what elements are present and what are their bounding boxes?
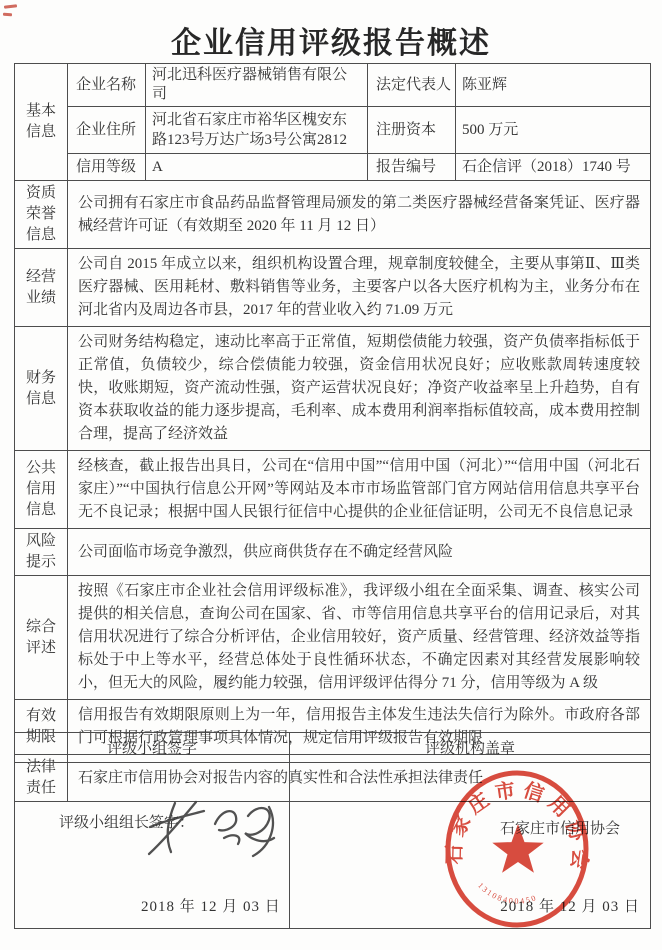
page-title: 企业信用评级报告概述 — [0, 18, 662, 62]
section-label-public-credit: 公共信用信息 — [15, 451, 68, 529]
field-value-company-address: 河北省石家庄市裕华区槐安东路123号万达广场3号公寓2812 — [146, 107, 368, 154]
rating-team-signature-cell: 评级小组组长签字： 2018 年 12 月 03 日 — [15, 763, 290, 929]
table-row: 公共信用信息 经核查，截止报告出具日，公司在“信用中国”“信用中国（河北）”“信… — [15, 451, 651, 529]
field-label-registered-capital: 注册资本 — [368, 107, 456, 154]
section-label-risk-warning: 风险提示 — [15, 529, 68, 576]
section-content-risk-warning: 公司面临市场竞争激烈，供应商供货存在不确定经营风险 — [68, 529, 651, 576]
table-row: 财务信息 公司财务结构稳定，速动比率高于正常值，短期偿债能力较强，资产负债率指标… — [15, 327, 651, 451]
signature-right-header: 评级机构盖章 — [290, 733, 651, 763]
table-row: 资质荣誉信息 公司拥有石家庄市食品药品监督管理局颁发的第二类医疗器械经营备案凭证… — [15, 181, 651, 249]
section-content-financial-info: 公司财务结构稳定，速动比率高于正常值，短期偿债能力较强，资产负债率指标低于正常值… — [68, 327, 651, 451]
field-label-report-number: 报告编号 — [368, 154, 456, 181]
table-row: 综合评述 按照《石家庄市企业社会信用评级标准》，我评级小组在全面采集、调查、核实… — [15, 576, 651, 700]
field-value-legal-representative: 陈亚辉 — [456, 64, 651, 107]
svg-text:13108400450: 13108400450 — [476, 881, 539, 906]
scan-red-mark-icon — [3, 13, 12, 17]
field-value-report-number: 石企信评（2018）1740 号 — [456, 154, 651, 181]
table-row: 风险提示 公司面临市场竞争激烈，供应商供货存在不确定经营风险 — [15, 529, 651, 576]
section-label-basic-info: 基本信息 — [15, 64, 68, 181]
scan-red-mark-icon — [4, 4, 17, 8]
section-label-financial-info: 财务信息 — [15, 327, 68, 451]
report-table: 基本信息 企业名称 河北迅科医疗器械销售有限公司 法定代表人 陈亚辉 企业住所 … — [14, 63, 651, 802]
table-row: 信用等级 A 报告编号 石企信评（2018）1740 号 — [15, 154, 651, 181]
left-signature-date: 2018 年 12 月 03 日 — [141, 895, 281, 916]
rating-agency-seal-cell: 石家庄市信用协会 2018 年 12 月 03 日 石家庄市信用协会 13108… — [290, 763, 651, 929]
field-value-credit-grade: A — [146, 154, 368, 181]
table-row: 经营业绩 公司自 2015 年成立以来，组织机构设置合理，规章制度较健全，主要从… — [15, 249, 651, 327]
section-label-qualification: 资质荣誉信息 — [15, 181, 68, 249]
table-row: 基本信息 企业名称 河北迅科医疗器械销售有限公司 法定代表人 陈亚辉 — [15, 64, 651, 107]
agency-round-seal: 石家庄市信用协会 13108400450 — [442, 767, 592, 931]
field-value-company-name: 河北迅科医疗器械销售有限公司 — [146, 64, 368, 107]
credit-rating-report-page: 企业信用评级报告概述 基本信息 企业名称 河北迅科医疗器械销售有限公司 法定代表… — [0, 0, 662, 950]
leader-handwritten-signature — [141, 797, 281, 861]
signature-left-header: 评级小组签字 — [15, 733, 290, 763]
section-content-public-credit: 经核查，截止报告出具日，公司在“信用中国”“信用中国（河北）”“信用中国（河北石… — [68, 451, 651, 529]
section-content-qualification: 公司拥有石家庄市食品药品监督管理局颁发的第二类医疗器械经营备案凭证、医疗器械经营… — [68, 181, 651, 249]
table-row: 评级小组组长签字： 2018 年 12 月 03 日 石家庄市信用协会 — [15, 763, 651, 929]
field-label-credit-grade: 信用等级 — [68, 154, 146, 181]
field-label-legal-representative: 法定代表人 — [368, 64, 456, 107]
signature-table: 评级小组签字 评级机构盖章 评级小组组长签字： 2018 年 — [14, 732, 651, 929]
table-row: 评级小组签字 评级机构盖章 — [15, 733, 651, 763]
table-row: 企业住所 河北省石家庄市裕华区槐安东路123号万达广场3号公寓2812 注册资本… — [15, 107, 651, 154]
field-label-company-name: 企业名称 — [68, 64, 146, 107]
seal-star-icon — [492, 824, 543, 873]
section-content-comprehensive-review: 按照《石家庄市企业社会信用评级标准》，我评级小组在全面采集、调查、核实公司提供的… — [68, 576, 651, 700]
section-label-comprehensive-review: 综合评述 — [15, 576, 68, 700]
field-value-registered-capital: 500 万元 — [456, 107, 651, 154]
seal-number-text: 13108400450 — [476, 881, 539, 906]
section-label-business-performance: 经营业绩 — [15, 249, 68, 327]
field-label-company-address: 企业住所 — [68, 107, 146, 154]
section-content-business-performance: 公司自 2015 年成立以来，组织机构设置合理，规章制度较健全，主要从事第Ⅱ、Ⅲ… — [68, 249, 651, 327]
